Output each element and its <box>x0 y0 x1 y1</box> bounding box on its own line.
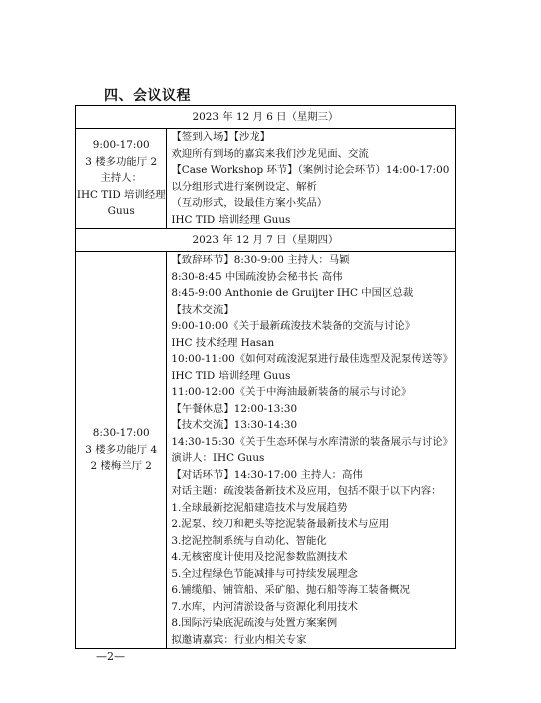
program-line: 以分组形式进行案例设定、解析 <box>171 179 453 196</box>
program-line: IHC TID 培训经理 Guus <box>171 368 453 385</box>
program-line: 【Case Workshop 环节】（案例讨论会环节）14:00-17:00 <box>171 162 453 179</box>
program-line: IHC 技术经理 Hasan <box>171 335 453 352</box>
program-line: 对话主题：疏浚装备新技术及应用，包括不限于以下内容： <box>171 483 453 500</box>
program-line: 8:45-9:00 Anthonie de Gruijter IHC 中国区总裁 <box>171 285 453 302</box>
day1-program: 【签到入场】【沙龙】 欢迎所有到场的嘉宾来我们沙龙见面、交流 【Case Wor… <box>167 129 456 229</box>
program-line: 【技术交流】13:30-14:30 <box>171 417 453 434</box>
day1-date-row: 2023 年 12 月 6 日（星期三） <box>76 106 456 129</box>
day1-host-title: IHC TID 培训经理 <box>76 187 166 204</box>
program-line: 1.全球最新挖泥船建造技术与发展趋势 <box>171 500 453 517</box>
program-line: 6.铺缆船、铺管船、采矿船、抛石船等海工装备概况 <box>171 582 453 599</box>
day2-program: 【致辞环节】8:30-9:00 主持人：马颖 8:30-8:45 中国疏浚协会秘… <box>167 252 456 649</box>
day2-date: 2023 年 12 月 7 日（星期四） <box>76 229 456 252</box>
day2-content-row: 8:30-17:00 3 楼多功能厅 4 2 楼梅兰厅 2 【致辞环节】8:30… <box>76 252 456 649</box>
day1-host-label: 主持人： <box>76 170 166 187</box>
day2-time: 8:30-17:00 <box>76 425 166 442</box>
program-line: 演讲人：IHC Guus <box>171 450 453 467</box>
day2-date-row: 2023 年 12 月 7 日（星期四） <box>76 229 456 252</box>
program-line: 【对话环节】14:30-17:00 主持人：高伟 <box>171 467 453 484</box>
program-line: 5.全过程绿色节能减排与可持续发展理念 <box>171 566 453 583</box>
program-line: 【技术交流】 <box>171 302 453 319</box>
program-line: 【签到入场】【沙龙】 <box>171 129 453 146</box>
agenda-table: 2023 年 12 月 6 日（星期三） 9:00-17:00 3 楼多功能厅 … <box>75 105 456 649</box>
day1-venue: 3 楼多功能厅 2 <box>76 154 166 171</box>
program-line: 7.水库，内河清淤设备与资源化利用技术 <box>171 599 453 616</box>
program-line: 【午餐休息】12:00-13:30 <box>171 401 453 418</box>
section-title: 四、会议议程 <box>104 85 191 105</box>
program-line: 8.国际污染底泥疏浚与处置方案案例 <box>171 615 453 632</box>
program-line: 8:30-8:45 中国疏浚协会秘书长 高伟 <box>171 269 453 286</box>
day2-venue-2: 2 楼梅兰厅 2 <box>76 458 166 475</box>
day1-date: 2023 年 12 月 6 日（星期三） <box>76 106 456 129</box>
day1-content-row: 9:00-17:00 3 楼多功能厅 2 主持人： IHC TID 培训经理 G… <box>76 129 456 229</box>
day1-time: 9:00-17:00 <box>76 137 166 154</box>
program-line: 9:00-10:00《关于最新疏浚技术装备的交流与讨论》 <box>171 318 453 335</box>
program-line: 2.泥泵、绞刀和耙头等挖泥装备最新技术与应用 <box>171 516 453 533</box>
program-line: 拟邀请嘉宾：行业内相关专家 <box>171 632 453 649</box>
program-line: IHC TID 培训经理 Guus <box>171 212 453 229</box>
program-line: 【致辞环节】8:30-9:00 主持人：马颖 <box>171 252 453 269</box>
day2-venue-1: 3 楼多功能厅 4 <box>76 442 166 459</box>
page-number: —2— <box>96 650 125 663</box>
day2-time-venue: 8:30-17:00 3 楼多功能厅 4 2 楼梅兰厅 2 <box>76 252 167 649</box>
program-line: 14:30-15:30《关于生态环保与水库清淤的装备展示与讨论》 <box>171 434 453 451</box>
program-line: 欢迎所有到场的嘉宾来我们沙龙见面、交流 <box>171 146 453 163</box>
day1-time-venue: 9:00-17:00 3 楼多功能厅 2 主持人： IHC TID 培训经理 G… <box>76 129 167 229</box>
program-line: 3.挖泥控制系统与自动化、智能化 <box>171 533 453 550</box>
day1-host-name: Guus <box>76 203 166 220</box>
program-line: 10:00-11:00《如何对疏浚泥泵进行最佳选型及泥泵传送等》 <box>171 351 453 368</box>
program-line: 4.无核密度计使用及挖泥参数监测技术 <box>171 549 453 566</box>
program-line: （互动形式，设最佳方案小奖品） <box>171 195 453 212</box>
program-line: 11:00-12:00《关于中海油最新装备的展示与讨论》 <box>171 384 453 401</box>
